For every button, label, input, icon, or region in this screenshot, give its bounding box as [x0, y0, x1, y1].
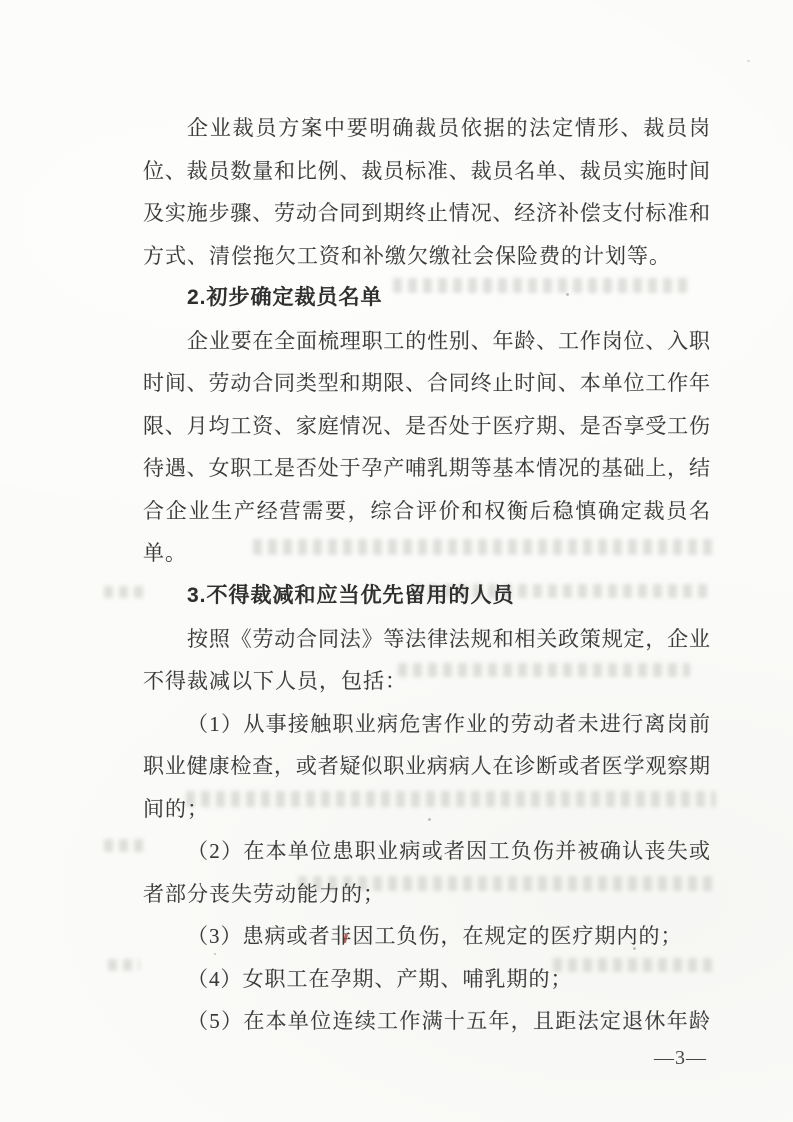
text-line: （2）在本单位患职业病或者因工负伤并被确认丧失或: [143, 830, 710, 873]
text-line: （5）在本单位连续工作满十五年，且距法定退休年龄: [143, 1000, 710, 1043]
text-line: 者部分丧失劳动能力的；: [143, 873, 710, 916]
bleedthrough-artifact: [104, 586, 146, 598]
text-line: 时间、劳动合同类型和期限、合同终止时间、本单位工作年: [143, 362, 710, 405]
text-line: 职业健康检查，或者疑似职业病病人在诊断或者医学观察期: [143, 745, 710, 788]
text-line: 企业裁员方案中要明确裁员依据的法定情形、裁员岗: [143, 107, 710, 150]
section-heading: 3.不得裁减和应当优先留用的人员: [143, 575, 710, 618]
document-body: 企业裁员方案中要明确裁员依据的法定情形、裁员岗位、裁员数量和比例、裁员标准、裁员…: [143, 107, 710, 1043]
text-line: 位、裁员数量和比例、裁员标准、裁员名单、裁员实施时间: [143, 150, 710, 193]
bleedthrough-artifact: [108, 959, 140, 971]
text-line: （3）患病或者非因工负伤，在规定的医疗期内的；: [143, 915, 710, 958]
text-line: 及实施步骤、劳动合同到期终止情况、经济补偿支付标准和: [143, 192, 710, 235]
text-line: 不得裁减以下人员，包括：: [143, 660, 710, 703]
text-line: 单。: [143, 532, 710, 575]
text-line: （4）女职工在孕期、产期、哺乳期的；: [143, 958, 710, 1001]
scan-speck: [747, 60, 750, 62]
text-line: （1）从事接触职业病危害作业的劳动者未进行离岗前: [143, 703, 710, 746]
text-line: 间的；: [143, 788, 710, 831]
text-line: 方式、清偿拖欠工资和补缴欠缴社会保险费的计划等。: [143, 235, 710, 278]
text-line: 限、月均工资、家庭情况、是否处于医疗期、是否享受工伤: [143, 405, 710, 448]
scanned-page: 企业裁员方案中要明确裁员依据的法定情形、裁员岗位、裁员数量和比例、裁员标准、裁员…: [0, 0, 793, 1122]
text-line: 待遇、女职工是否处于孕产哺乳期等基本情况的基础上，结: [143, 447, 710, 490]
section-heading: 2.初步确定裁员名单: [143, 277, 710, 320]
page-number: —3—: [654, 1044, 707, 1072]
text-line: 合企业生产经营需要，综合评价和权衡后稳慎确定裁员名: [143, 490, 710, 533]
text-line: 企业要在全面梳理职工的性别、年龄、工作岗位、入职: [143, 320, 710, 363]
text-line: 按照《劳动合同法》等法律法规和相关政策规定，企业: [143, 618, 710, 661]
bleedthrough-artifact: [104, 839, 144, 852]
